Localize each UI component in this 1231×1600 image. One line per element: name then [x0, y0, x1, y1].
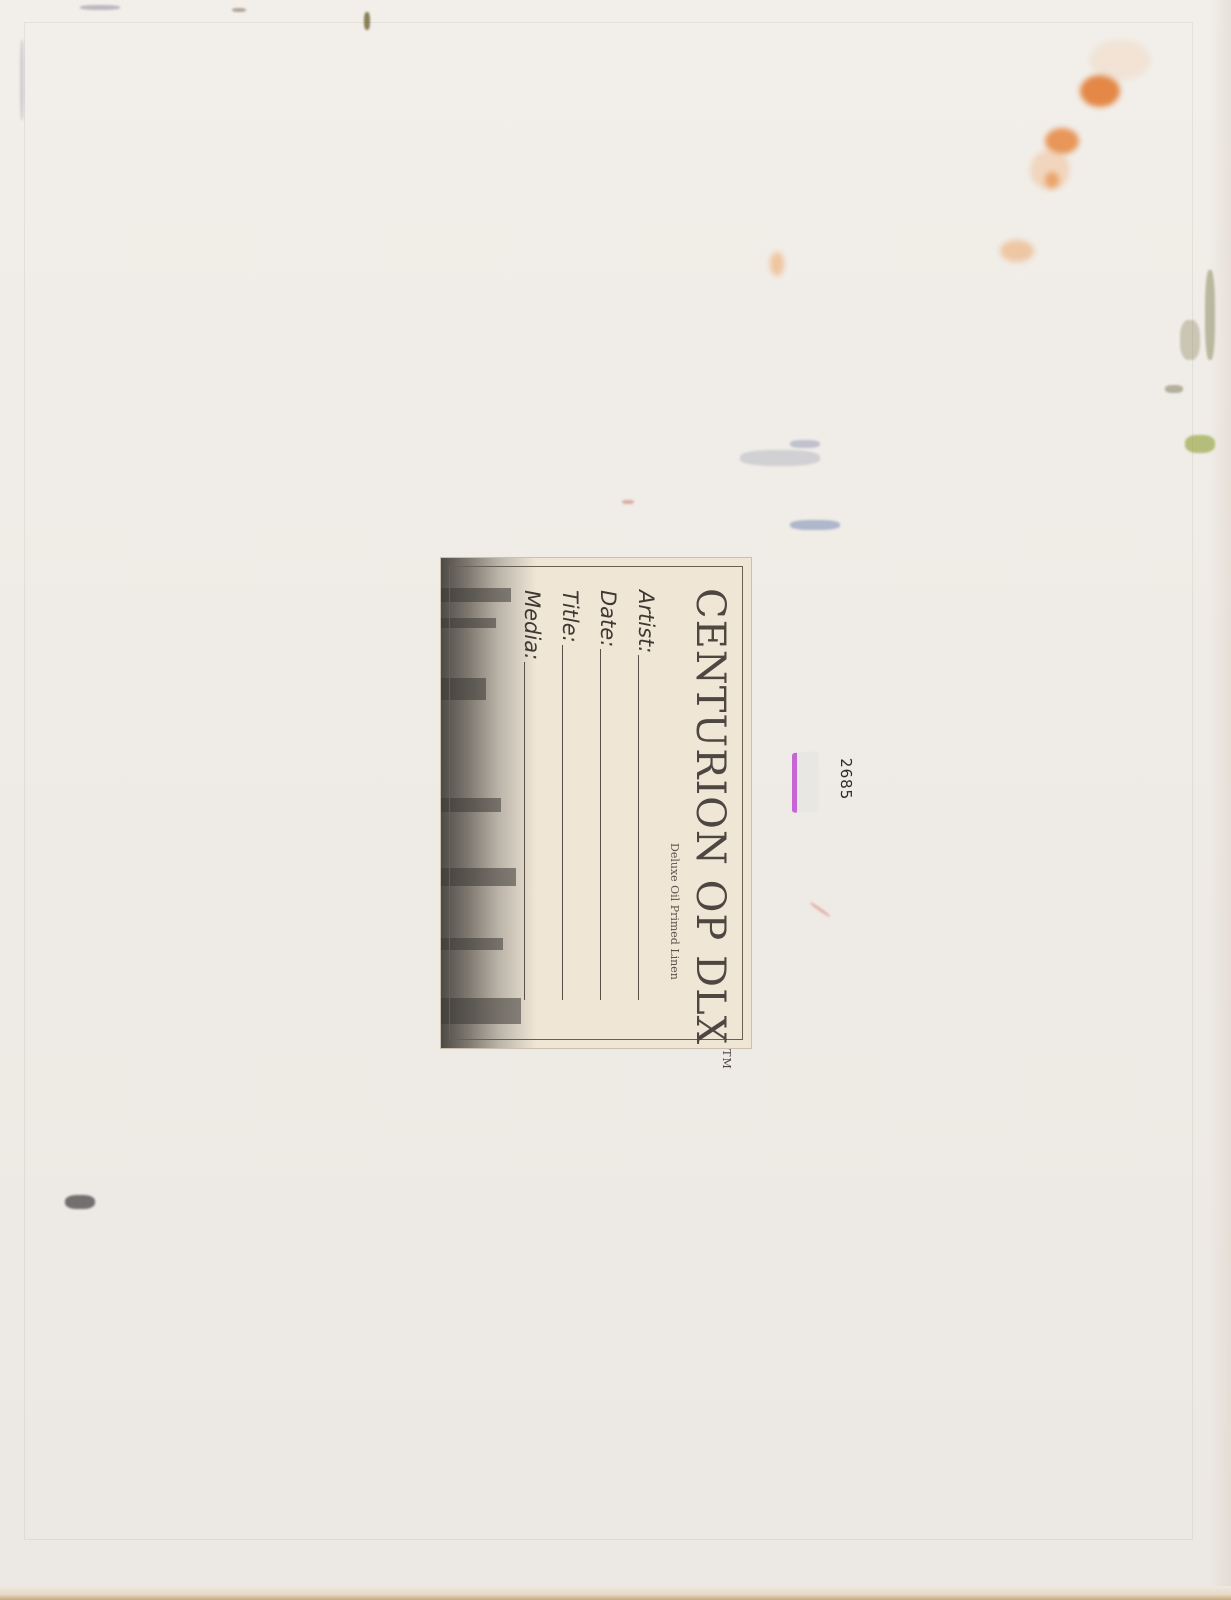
- edge-mark: [80, 5, 120, 10]
- inventory-number: 2685: [835, 748, 857, 810]
- red-mark: [622, 500, 634, 504]
- brand-name: CENTURION OP DLXTM: [687, 588, 733, 1070]
- canvas-back-panel: CENTURION OP DLXTM Deluxe Oil Primed Lin…: [0, 0, 1231, 1600]
- drip-mark: [364, 12, 370, 30]
- canvas-label: CENTURION OP DLXTM Deluxe Oil Primed Lin…: [441, 558, 751, 1048]
- faint-stain: [1090, 40, 1150, 80]
- orange-stain: [770, 252, 784, 276]
- field-label: Media:: [521, 590, 542, 660]
- green-paint-speck: [1165, 385, 1183, 393]
- field-artist: Artist:: [635, 590, 669, 1000]
- orange-stain: [1080, 75, 1120, 107]
- panel-right-edge: [1209, 0, 1231, 1600]
- field-line: [524, 662, 526, 1000]
- panel-bottom-edge: [0, 1586, 1231, 1600]
- field-label: Title:: [559, 590, 580, 643]
- blue-paint-speck: [790, 520, 840, 530]
- red-mark: [809, 901, 830, 917]
- field-date: Date:: [597, 590, 631, 1000]
- orange-stain: [1000, 240, 1034, 262]
- field-label: Artist:: [635, 590, 656, 653]
- blue-paint-speck: [790, 440, 820, 448]
- green-paint-speck: [1185, 435, 1215, 453]
- field-label: Date:: [597, 590, 618, 647]
- field-line: [638, 655, 640, 1000]
- field-title: Title:: [559, 590, 593, 1000]
- blue-paint-speck: [740, 450, 820, 466]
- green-paint-speck: [1205, 270, 1215, 360]
- field-line: [600, 649, 602, 1000]
- dark-smudge: [65, 1195, 95, 1209]
- edge-mark: [232, 8, 246, 12]
- orange-stain: [1045, 172, 1059, 188]
- label-content: CENTURION OP DLXTM Deluxe Oil Primed Lin…: [441, 558, 751, 1048]
- brand-subtitle: Deluxe Oil Primed Linen: [668, 843, 681, 980]
- green-paint-speck: [1180, 320, 1200, 360]
- field-media: Media:: [521, 590, 555, 1000]
- trademark-symbol: TM: [720, 1049, 733, 1070]
- field-line: [562, 645, 564, 1000]
- inventory-sticker: 2685: [792, 751, 819, 813]
- edge-mark: [20, 40, 24, 120]
